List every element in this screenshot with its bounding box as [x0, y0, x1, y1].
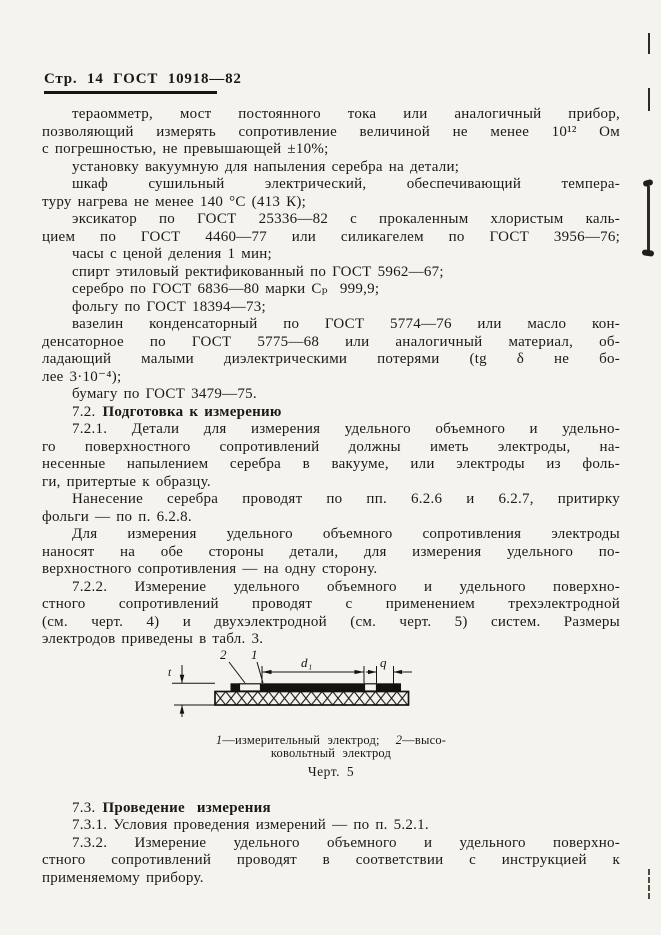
paragraph-line: часы с ценой деления 1 мин; — [42, 246, 620, 264]
paragraph-line: (см. черт. 4) и двухэлектродной (см. чер… — [42, 614, 620, 632]
figure-label-1: 1 — [251, 647, 258, 662]
electrode-segment — [377, 683, 402, 691]
paragraph-line: применяемому прибору. — [42, 870, 620, 888]
arrowhead — [262, 669, 272, 673]
electrode-window — [240, 683, 261, 690]
scan-artifact — [648, 869, 651, 899]
paragraph-line: ладающий малыми диэлектрическими потерям… — [42, 351, 620, 369]
dimension-t-label: t — [168, 667, 172, 679]
paragraph-line: лее 3·10⁻⁴); — [42, 369, 620, 387]
figure-label-2: 2 — [220, 647, 227, 662]
page-header-text: Стр. 14 ГОСТ 10918—82 — [44, 71, 242, 87]
paragraph-line: фольгу по ГОСТ 18394—73; — [42, 299, 620, 317]
paragraph-line: шкаф сушильный электрический, обеспечива… — [42, 176, 620, 194]
paragraph-line: цием по ГОСТ 4460—77 или силикагелем по … — [42, 229, 620, 247]
paragraph-line: 7.3.1. Условия проведения измерений — по… — [42, 817, 620, 835]
dimension-t — [172, 665, 215, 717]
paragraph-line: серебро по ГОСТ 6836—80 марки Cₚ 999,9; — [42, 281, 620, 299]
paragraph-line: Для измерения удельного объемного сопрот… — [42, 526, 620, 544]
dimension-q-label: q — [380, 655, 387, 670]
body-text: тераомметр, мост постоянного тока или ан… — [42, 106, 620, 887]
paragraph-line: денсаторное по ГОСТ 5775—68 или аналогич… — [42, 334, 620, 352]
paragraph-line: фольги — по п. 6.2.8. — [42, 509, 620, 527]
paragraph-line: 7.2.2. Измерение удельного объемного и у… — [42, 579, 620, 597]
paragraph-line: 7.3.2. Измерение удельного объемного и у… — [42, 835, 620, 853]
arrowhead — [394, 669, 403, 673]
page-header: Стр. 14 ГОСТ 10918—82 — [44, 71, 242, 88]
paragraph-line: 7.2.1. Детали для измерения удельного об… — [42, 421, 620, 439]
paragraph-line: позволяющий измерять сопротивление велич… — [42, 124, 620, 142]
electrode-window — [365, 683, 377, 690]
figure-5: t 2 1 d₁ — [165, 646, 415, 718]
measuring-electrode — [261, 683, 365, 691]
paragraph-line: эксикатор по ГОСТ 25336—82 с прокаленным… — [42, 211, 620, 229]
paragraph-line: стного сопротивлений проводят в соответс… — [42, 852, 620, 870]
scan-artifact — [648, 33, 650, 54]
paragraph-line: го поверхностного сопротивлений должны и… — [42, 439, 620, 457]
paragraph-line: спирт этиловый ректификованный по ГОСТ 5… — [42, 264, 620, 282]
document-page: Стр. 14 ГОСТ 10918—82 тераомметр, мост п… — [0, 0, 661, 935]
header-underline — [44, 91, 217, 94]
electrode-diagram: t 2 1 d₁ — [165, 646, 415, 718]
paragraph-line: с погрешностью, не превышающей ±10%; — [42, 141, 620, 159]
paragraph-line: Нанесение серебра проводят по пп. 6.2.6 … — [42, 491, 620, 509]
paragraph-line: наносят на обе стороны детали, для измер… — [42, 544, 620, 562]
figure-caption: 1—измерительный электрод;2—высо- — [42, 734, 620, 748]
scan-artifact — [642, 249, 655, 257]
paragraph-line: установку вакуумную для напыления серебр… — [42, 159, 620, 177]
figure-caption-line2: ковольтный электрод — [42, 747, 620, 761]
section-number: 7.3. — [72, 800, 96, 816]
paragraph-line: туру нагрева не менее 140 °С (413 К); — [42, 194, 620, 212]
section-title: Проведение измерения — [103, 800, 271, 816]
paragraph-line: тераомметр, мост постоянного тока или ан… — [42, 106, 620, 124]
figure-number: Черт. 5 — [42, 764, 620, 780]
high-voltage-electrode — [231, 683, 240, 691]
arrowhead — [180, 674, 185, 683]
arrowhead — [355, 669, 365, 673]
leader-line-2 — [229, 662, 245, 683]
section-title: Подготовка к измерению — [103, 404, 282, 420]
section-heading-7-3: 7.3.Проведение измерения — [42, 800, 620, 818]
paragraph-line: стного сопротивлений проводят с применен… — [42, 596, 620, 614]
paragraph-line: вазелин конденсаторный по ГОСТ 5774—76 и… — [42, 316, 620, 334]
section-number: 7.2. — [72, 404, 96, 420]
paragraph-line: верхностного сопротивления — на одну сто… — [42, 561, 620, 579]
sample-cross-section — [215, 691, 409, 705]
caption-text-1: —измерительный электрод; — [222, 733, 379, 747]
paragraph-line: бумагу по ГОСТ 3479—75. — [42, 386, 620, 404]
arrowhead — [368, 669, 377, 673]
paragraph-line: несенные напылением серебра в вакууме, и… — [42, 456, 620, 474]
paragraph-line: ги, притертые к образцу. — [42, 474, 620, 492]
dimension-d1-label: d₁ — [301, 655, 313, 670]
section-heading-7-2: 7.2.Подготовка к измерению — [42, 404, 620, 422]
scan-artifact — [648, 88, 650, 111]
dimension-d1 — [262, 666, 364, 683]
scan-artifact — [647, 186, 650, 252]
arrowhead — [180, 705, 185, 714]
caption-text-2: —высо- — [402, 733, 446, 747]
